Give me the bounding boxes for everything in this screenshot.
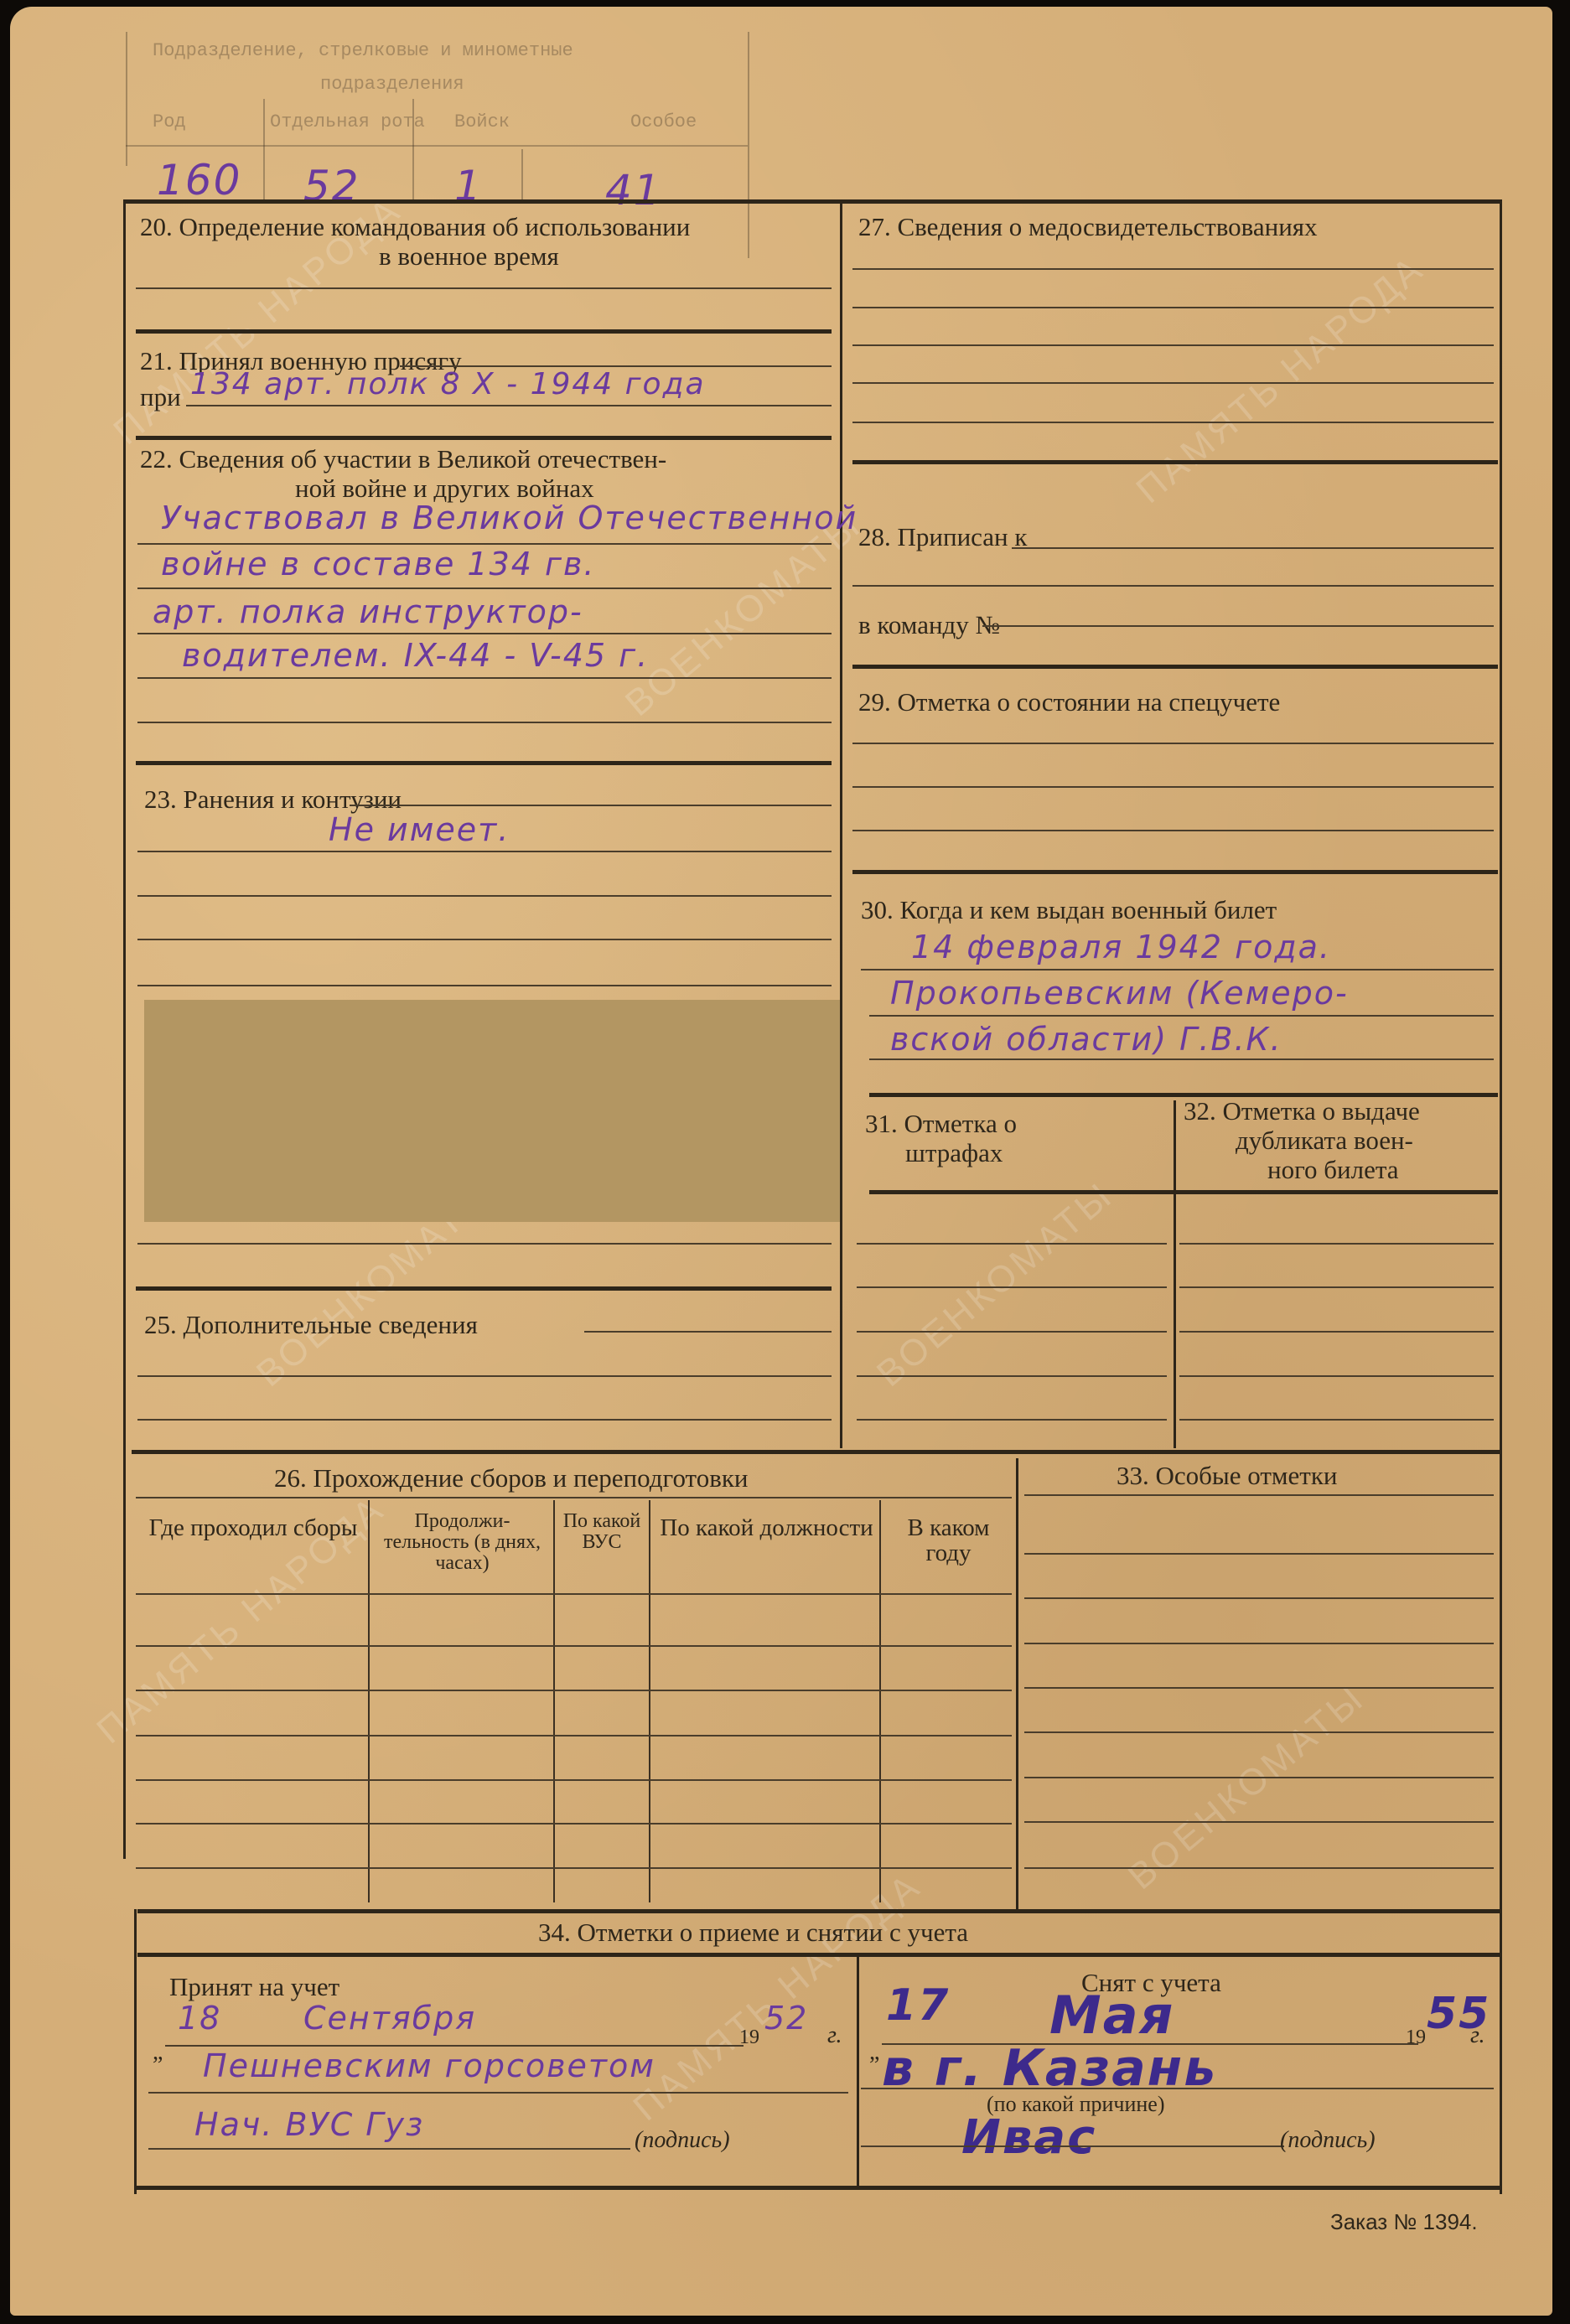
section-32-label: 32. Отметка о выдаче (1184, 1096, 1420, 1126)
section-30-label: 30. Когда и кем выдан военный билет (861, 895, 1277, 925)
war-participation-line-3: арт. полка инструктор- (153, 593, 583, 630)
stamp-text: Войск (454, 111, 510, 132)
accepted-signature-label: (подпись) (635, 2127, 730, 2154)
section-26-title: 26. Прохождение сборов и переподготовки (274, 1463, 748, 1493)
section-20-label-2: в военное время (379, 241, 559, 272)
section-31-label-2: штрафах (905, 1138, 1003, 1168)
code-4: 41 (605, 166, 662, 215)
column-header-year: В каком году (883, 1515, 1013, 1566)
column-header-where: Где проходил сборы (140, 1515, 366, 1540)
section-28-label: 28. Приписан к (858, 522, 1027, 552)
military-id-issued-line-2: Прокопьевским (Кемеро- (890, 975, 1349, 1012)
watermark: ВОЕНКОМАТЫ (1121, 1677, 1373, 1898)
stamp-text: подразделения (320, 74, 464, 95)
war-participation-line-1: Участвовал в Великой Отечественной (161, 499, 858, 536)
column-header-vus: По какой ВУС (557, 1511, 647, 1553)
quote-open: „ (153, 2039, 163, 2066)
accepted-by: Пешневским горсоветом (203, 2047, 655, 2084)
column-header-duration: Продолжи-тельность (в днях, часах) (372, 1511, 552, 1575)
section-27-label: 27. Сведения о медосвидетельствованиях (858, 212, 1318, 242)
code-1: 160 (157, 156, 241, 204)
order-number: Заказ № 1394. (1330, 2209, 1478, 2235)
military-id-issued-line-3: вской области) Г.В.К. (890, 1021, 1282, 1058)
military-id-issued-line-1: 14 февраля 1942 года. (911, 929, 1331, 965)
section-20-label: 20. Определение командования об использо… (140, 212, 690, 242)
accepted-signature: Нач. ВУС Гуз (194, 2106, 424, 2143)
section-25-label: 25. Дополнительные сведения (144, 1310, 478, 1340)
accepted-year-prefix: 19 (739, 2026, 759, 2049)
removed-signature-label: (подпись) (1280, 2127, 1376, 2154)
removed-signature: Ивас (961, 2110, 1096, 2165)
section-29-label: 29. Отметка о состоянии на спецучете (858, 687, 1280, 717)
redacted-section-24 (144, 1000, 840, 1222)
stamp-text: Род (153, 111, 186, 132)
wounds-value: Не имеет. (329, 811, 510, 848)
removed-day: 17 (886, 1980, 950, 2031)
section-32-label-3: ного билета (1267, 1155, 1399, 1185)
accepted-month: Сентября (303, 2000, 476, 2037)
war-participation-line-4: водителем. IX-44 - V-45 г. (182, 637, 649, 674)
removed-year-suffix: г. (1470, 2022, 1485, 2049)
watermark: ПАМЯТЬ НАРОДА (1128, 247, 1433, 512)
stamp-text: Отдельная рота (270, 111, 425, 132)
section-22-label: 22. Сведения об участии в Великой отечес… (140, 444, 666, 474)
section-21-label-2: при (140, 382, 181, 412)
accepted-year: 52 (764, 2000, 808, 2037)
watermark: ВОЕНКОМАТЫ (618, 504, 870, 725)
removed-year-prefix: 19 (1406, 2026, 1426, 2049)
stamp-text: Особое (630, 111, 697, 132)
section-31-label: 31. Отметка о (865, 1109, 1017, 1139)
oath-value: 134 арт. полк 8 X - 1944 года (190, 367, 706, 401)
column-header-position: По какой должности (655, 1515, 878, 1540)
section-33-label: 33. Особые отметки (1117, 1461, 1337, 1491)
watermark: ВОЕНКОМАТЫ (869, 1174, 1122, 1395)
accepted-year-suffix: г. (827, 2022, 842, 2049)
section-28-label-2: в команду № (858, 610, 1000, 640)
accepted-day: 18 (178, 2000, 221, 2037)
section-23-label: 23. Ранения и контузии (144, 784, 402, 815)
stamp-text: Подразделение, стрелковые и минометные (153, 40, 573, 61)
quote-open: „ (869, 2039, 879, 2066)
accepted-label: Принят на учет (169, 1972, 339, 2002)
document-page: ПАМЯТЬ НАРОДА ВОЕНКОМАТЫ ПАМЯТЬ НАРОДА В… (10, 7, 1552, 2316)
removed-month: Мая (1049, 1985, 1174, 2046)
section-34-title: 34. Отметки о приеме и снятии с учета (538, 1918, 968, 1948)
war-participation-line-2: войне в составе 134 гв. (161, 546, 595, 582)
section-32-label-2: дубликата воен- (1236, 1126, 1413, 1156)
